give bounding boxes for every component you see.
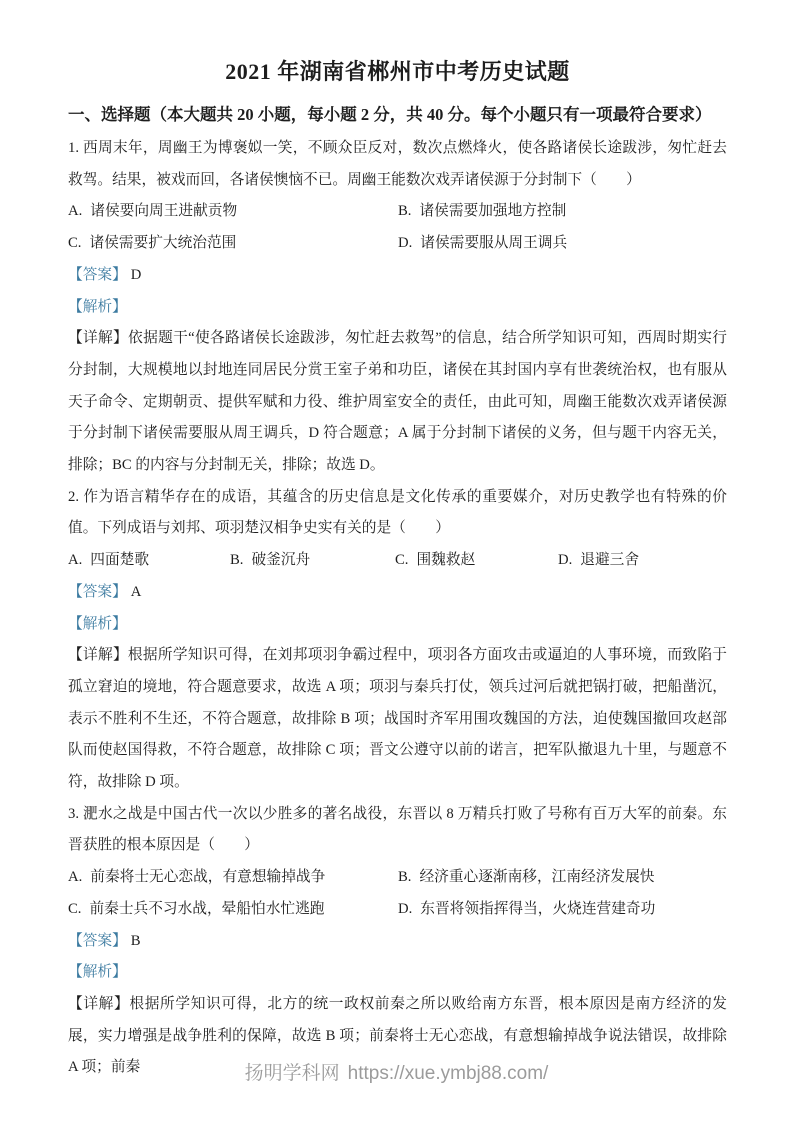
question-1-option-d: D.诸侯需要服从周王调兵 [398,228,727,260]
exam-document-page: 2021 年湖南省郴州市中考历史试题 一、选择题（本大题共 20 小题，每小题 … [0,0,793,1122]
question-2-answer-line: 【答案】A [68,577,727,609]
answer-label: 【答案】 [68,267,127,283]
option-text: 经济重心逐渐南移，江南经济发展快 [419,869,654,885]
question-2-stem: 2. 作为语言精华存在的成语，其蕴含的历史信息是文化传承的重要媒介，对历史教学也… [68,482,727,545]
option-text: 诸侯需要扩大统治范围 [89,235,236,251]
question-2-analysis-line: 【解析】 [68,609,727,641]
question-3: 3. 淝水之战是中国古代一次以少胜多的著名战役，东晋以 8 万精兵打败了号称有百… [68,799,727,1084]
question-1-stem: 1. 西周末年，周幽王为博褒姒一笑，不顾众臣反对，数次点燃烽火，使各路诸侯长途跋… [68,133,727,196]
question-2-detail: 【详解】根据所学知识可得，在刘邦项羽争霸过程中，项羽各方面攻击或逼迫的人事环境，… [68,640,727,799]
watermark-footer: 扬明学科网https://xue.ymbj88.com/ [0,1062,793,1086]
question-3-answer-line: 【答案】B [68,926,727,958]
option-text: 破釜沉舟 [251,552,310,568]
section-header: 一、选择题（本大题共 20 小题，每小题 2 分，共 40 分。每个小题只有一项… [68,102,727,128]
question-3-option-c: C.前秦士兵不习水战，晕船怕水忙逃跑 [68,894,398,926]
option-text: 诸侯要向周王进献贡物 [90,203,237,219]
question-3-option-a: A.前秦将士无心恋战，有意想输掉战争 [68,862,398,894]
option-text: 诸侯需要服从周王调兵 [420,235,567,251]
document-content: 2021 年湖南省郴州市中考历史试题 一、选择题（本大题共 20 小题，每小题 … [68,0,727,1084]
answer-label: 【答案】 [68,584,127,600]
question-2-option-b: B.破釜沉舟 [230,545,395,577]
question-1-option-c: C.诸侯需要扩大统治范围 [68,228,398,260]
answer-value: D [131,267,142,283]
option-key: A. [68,862,82,894]
question-2: 2. 作为语言精华存在的成语，其蕴含的历史信息是文化传承的重要媒介，对历史教学也… [68,482,727,799]
question-3-option-b: B.经济重心逐渐南移，江南经济发展快 [398,862,727,894]
analysis-label: 【解析】 [68,964,127,980]
option-key: C. [395,545,408,577]
option-text: 东晋将领指挥得当，火烧连营建奇功 [420,901,655,917]
question-2-options: A.四面楚歌 B.破釜沉舟 C.围魏救赵 D.退避三舍 [68,545,727,577]
option-key: B. [398,862,411,894]
question-1-options: A.诸侯要向周王进献贡物 B.诸侯需要加强地方控制 C.诸侯需要扩大统治范围 D… [68,196,727,259]
question-3-option-d: D.东晋将领指挥得当，火烧连营建奇功 [398,894,727,926]
question-3-stem: 3. 淝水之战是中国古代一次以少胜多的著名战役，东晋以 8 万精兵打败了号称有百… [68,799,727,862]
answer-value: B [131,933,141,949]
site-name: 扬明学科网 [245,1063,340,1084]
option-text: 诸侯需要加强地方控制 [419,203,566,219]
question-1-answer-line: 【答案】D [68,260,727,292]
option-key: D. [558,545,572,577]
option-key: C. [68,228,81,260]
option-key: A. [68,196,82,228]
question-2-option-a: A.四面楚歌 [68,545,230,577]
question-2-option-c: C.围魏救赵 [395,545,558,577]
question-1-detail: 【详解】依据题干“使各路诸侯长途跋涉，匆忙赶去救驾”的信息，结合所学知识可知，西… [68,323,727,482]
question-1: 1. 西周末年，周幽王为博褒姒一笑，不顾众臣反对，数次点燃烽火，使各路诸侯长途跋… [68,133,727,482]
option-key: B. [230,545,243,577]
question-1-option-a: A.诸侯要向周王进献贡物 [68,196,398,228]
analysis-label: 【解析】 [68,616,127,632]
question-1-analysis-line: 【解析】 [68,292,727,324]
option-text: 退避三舍 [580,552,639,568]
page-title: 2021 年湖南省郴州市中考历史试题 [68,57,727,87]
analysis-label: 【解析】 [68,299,127,315]
option-key: D. [398,894,412,926]
option-key: A. [68,545,82,577]
option-text: 前秦将士无心恋战，有意想输掉战争 [90,869,325,885]
answer-value: A [131,584,142,600]
question-3-options: A.前秦将士无心恋战，有意想输掉战争 B.经济重心逐渐南移，江南经济发展快 C.… [68,862,727,925]
question-3-analysis-line: 【解析】 [68,957,727,989]
option-key: B. [398,196,411,228]
option-text: 四面楚歌 [90,552,149,568]
question-2-option-d: D.退避三舍 [558,545,727,577]
option-key: D. [398,228,412,260]
answer-label: 【答案】 [68,933,127,949]
question-1-option-b: B.诸侯需要加强地方控制 [398,196,727,228]
option-key: C. [68,894,81,926]
option-text: 围魏救赵 [416,552,475,568]
site-url: https://xue.ymbj88.com/ [348,1063,549,1084]
option-text: 前秦士兵不习水战，晕船怕水忙逃跑 [89,901,324,917]
